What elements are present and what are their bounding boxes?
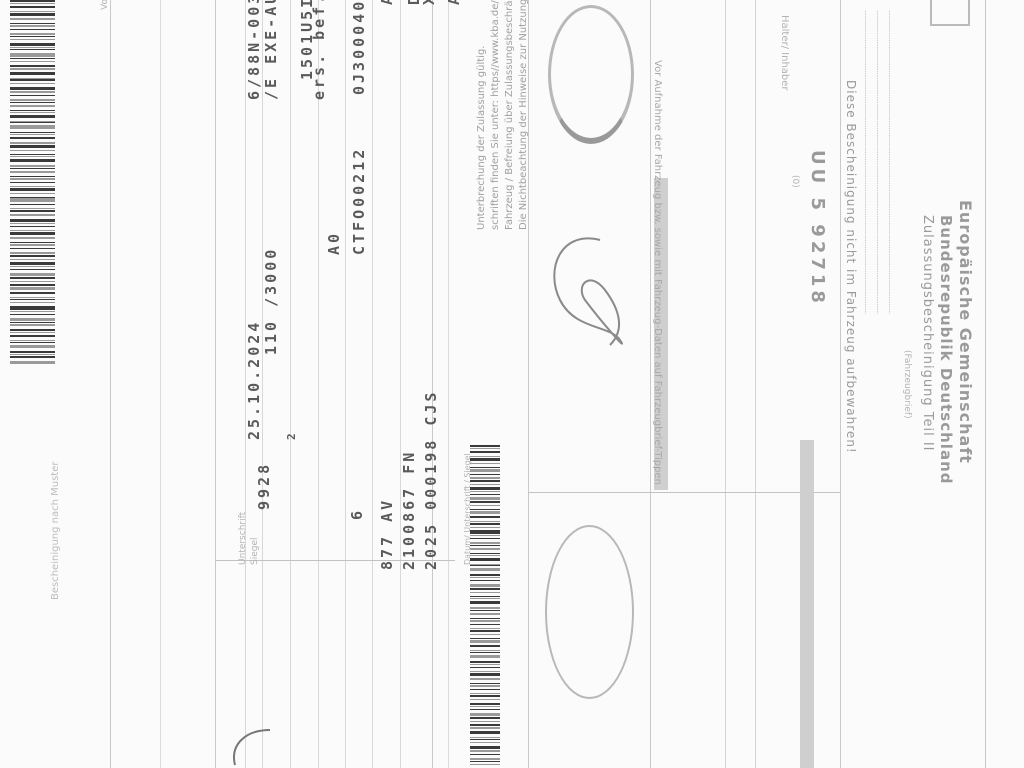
safety-notice-4: Unterbrechung der Zulassung gültig. [476, 46, 487, 230]
divider [372, 0, 373, 768]
barcode-middle [470, 445, 500, 768]
stamp-label: Siegel [250, 537, 260, 565]
fine-print: ........................................… [887, 10, 895, 314]
official-stamp [548, 5, 634, 144]
barcode-left [10, 0, 55, 365]
type-approval: CTFO00212 [350, 147, 368, 255]
divider [432, 0, 433, 768]
divider [215, 0, 216, 768]
vehicle-weight: 110 /3000 [262, 247, 280, 355]
divider [400, 0, 401, 768]
document-number: UU 5 92718 [807, 150, 828, 307]
divider [318, 0, 319, 768]
vehicle-variant: A0 [325, 231, 343, 255]
divider [290, 0, 291, 768]
registration-line2: 2100867 FN [400, 450, 418, 570]
shaded-field [800, 440, 814, 768]
vehicle-vin: DOO0IHFOHAWEA0 [405, 0, 423, 5]
divider [650, 0, 651, 768]
header-line4: (Fahrzeugbrief) [902, 350, 912, 419]
faint-footer-text: Bescheinigung nach Muster [50, 462, 61, 601]
signature-icon [540, 230, 640, 370]
vehicle-class-num: 6 [348, 508, 366, 520]
divider [110, 0, 111, 768]
header-line2: Bundesrepublik Deutschland [937, 215, 955, 485]
vehicle-body: 1501U5IS [298, 0, 316, 80]
header-line1: Europäische Gemeinschaft [956, 200, 975, 464]
safety-notice-1: Die Nichtbeachtung der Hinweise zur Nutz… [518, 0, 529, 230]
year-code: 9928 [255, 462, 273, 510]
registration-line3: 877 AV [378, 498, 396, 570]
divider [755, 0, 756, 768]
safety-notice-2: Fahrzeug / Befreiung über Zulassungsbesc… [504, 0, 515, 230]
issue-date: 25.10.2024 [245, 320, 263, 440]
number-line: 6/88N-00380-04 [245, 0, 263, 100]
corner-box [930, 0, 970, 26]
stamp-placeholder [545, 525, 634, 699]
document-number-label: (0) [790, 175, 800, 188]
divider [840, 0, 841, 768]
divider [160, 0, 161, 768]
vehicle-make-short: AGEN, VW [378, 0, 396, 5]
divider [448, 0, 449, 768]
notice-text: Diese Bescheinigung nicht im Fahrzeug au… [844, 80, 858, 454]
vehicle-seats: 2 [285, 430, 298, 440]
registration-line1: 2025 000198 CJS [422, 390, 440, 570]
signature-label: Unterschrift [238, 512, 248, 565]
fine-print: ........................................… [863, 10, 871, 314]
fine-print: ........................................… [875, 10, 883, 314]
divider [985, 0, 986, 768]
inspection-text: Vor Aufnahme der Fahrzeug bzw. sowie mit… [652, 60, 663, 485]
owner-label: Halter/ Inhaber [779, 15, 790, 91]
divider [725, 0, 726, 768]
vehicle-make: AUEN, VW [445, 0, 463, 5]
signature-fragment-icon [225, 725, 275, 768]
safety-notice-3: schriften finden Sie unter: https//www.k… [490, 0, 501, 230]
barcode-left-caption: Volkswagen Zentrale/ Versand Geschäft [100, 0, 110, 10]
divider [345, 0, 346, 768]
divider [528, 492, 840, 493]
eco-line: /E EXE-AUT1 [262, 0, 280, 100]
header-line3: Zulassungsbescheinigung Teil II [920, 215, 935, 452]
vehicle-code: 0J300040080 [350, 0, 368, 95]
